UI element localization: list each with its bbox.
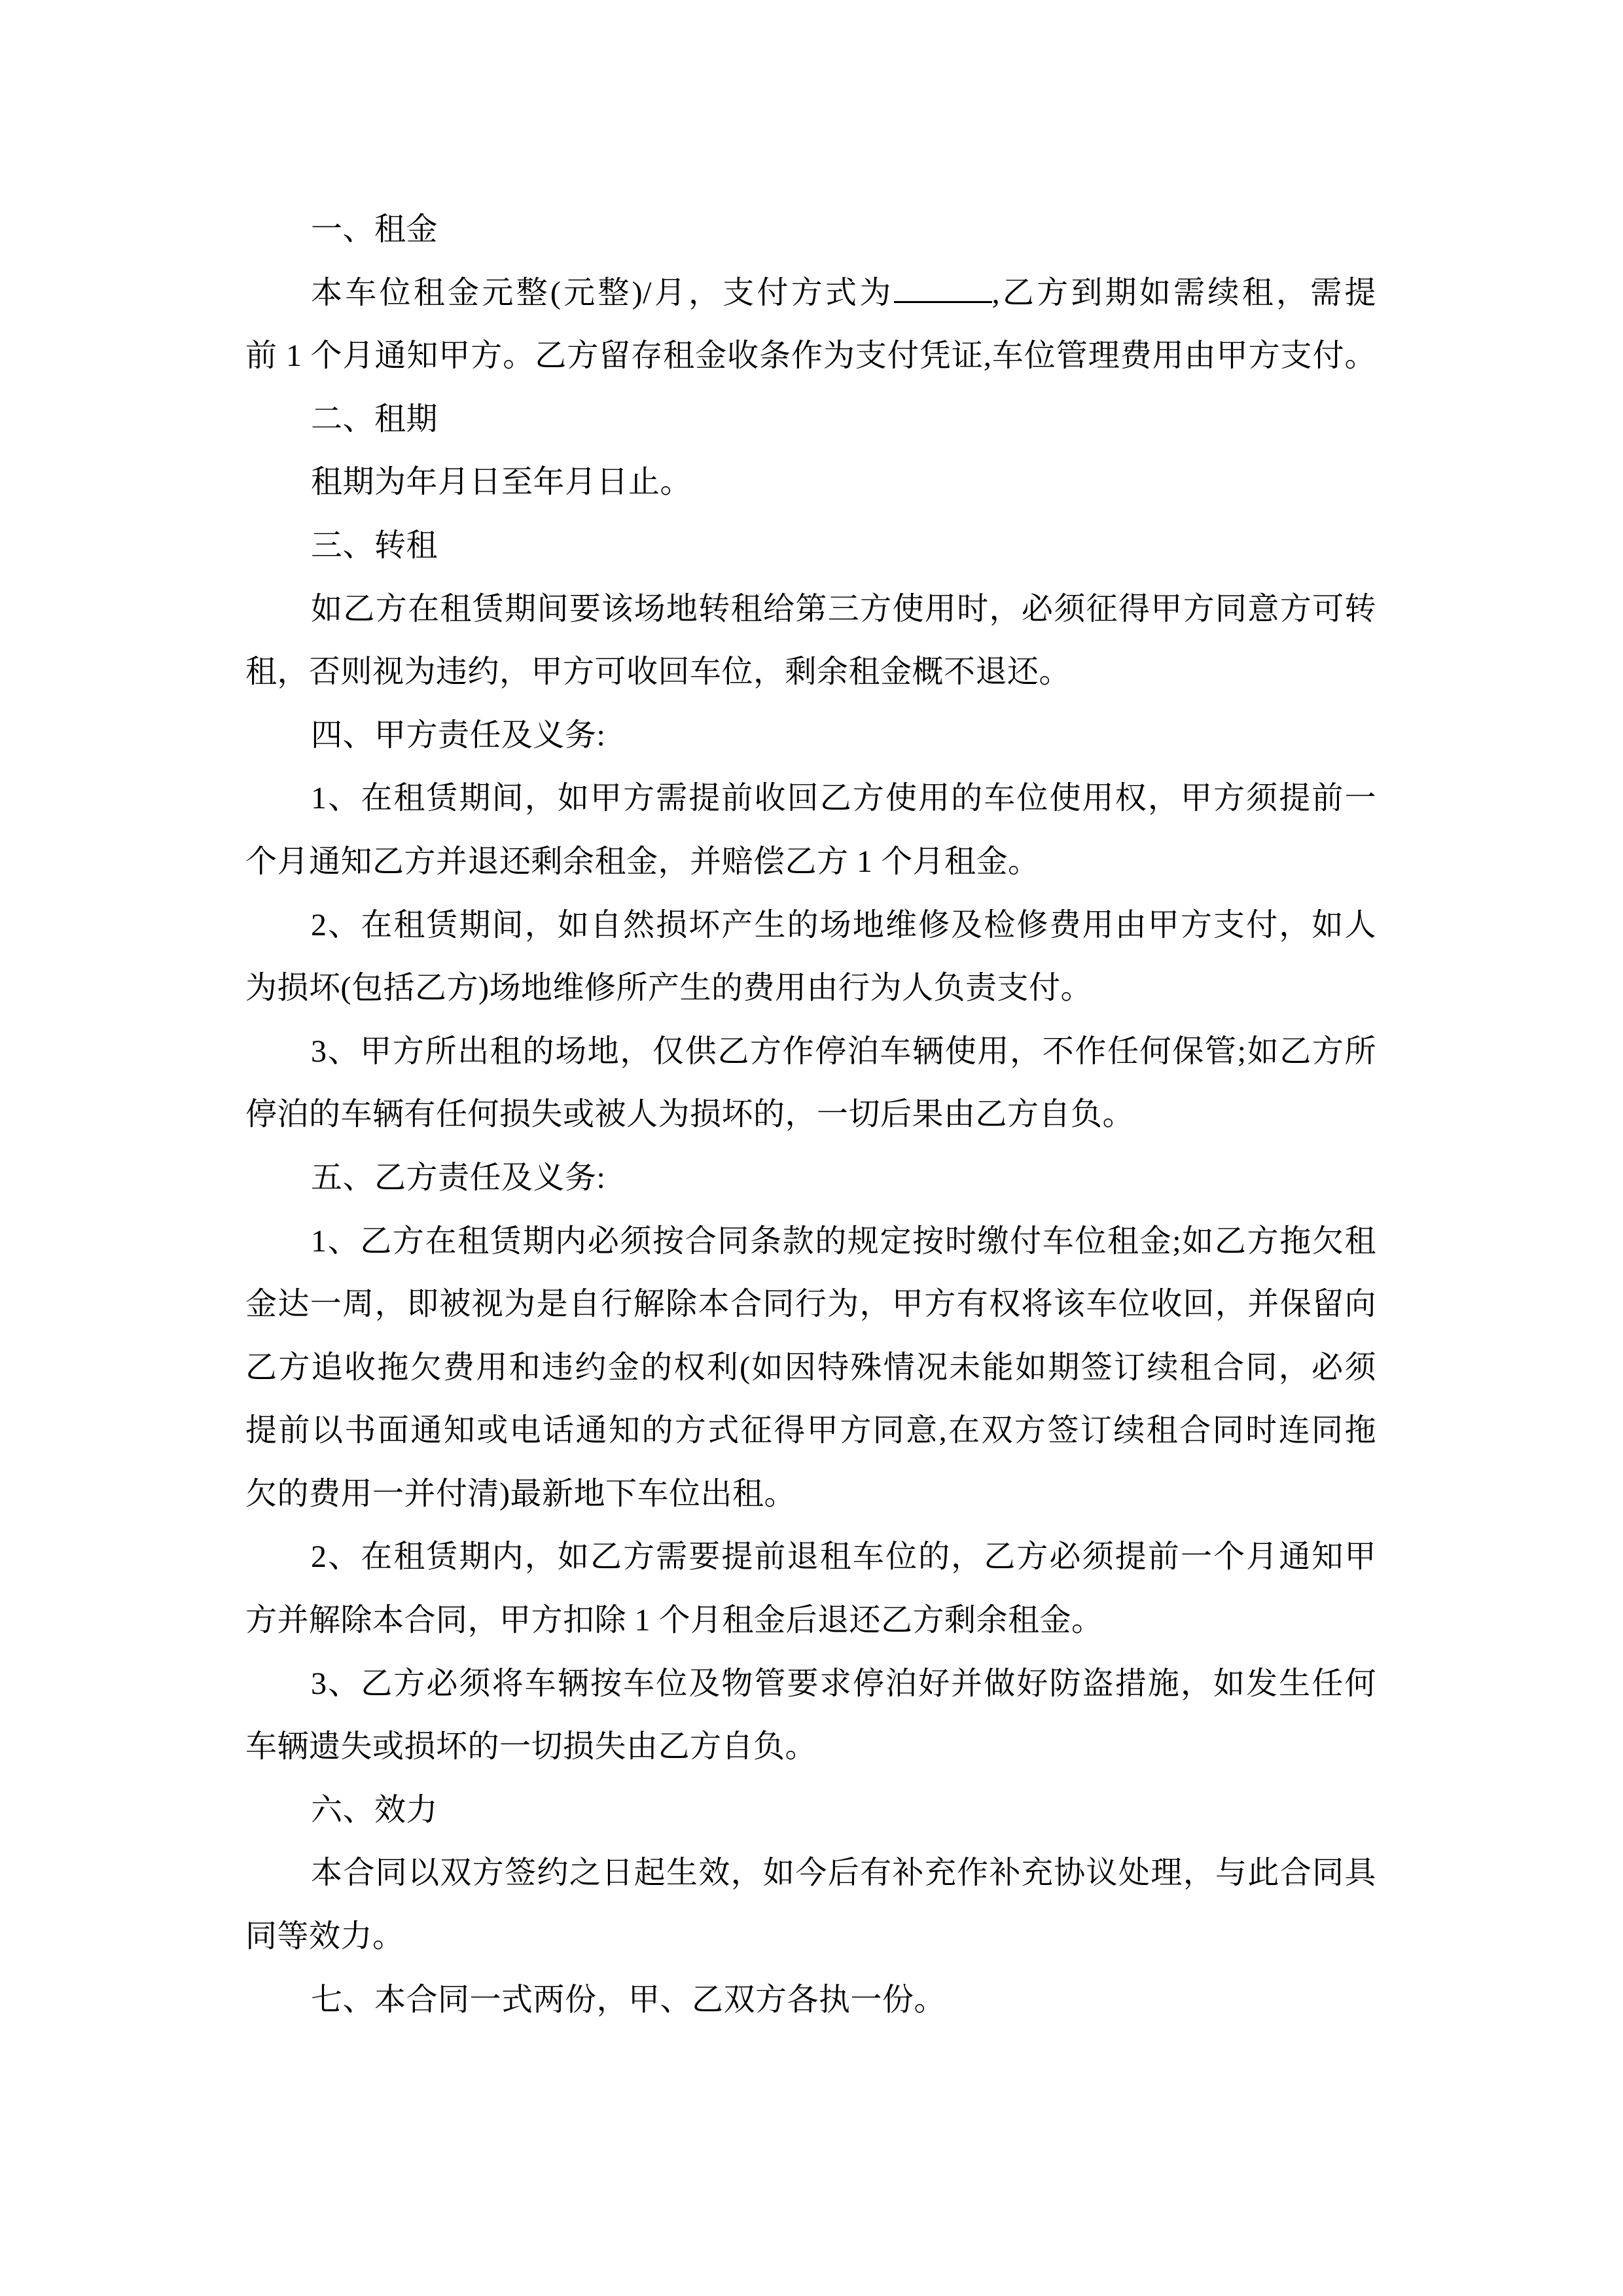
- contract-line: 为损坏(包括乙方)场地维修所产生的费用由行为人负责支付。: [245, 957, 1376, 1020]
- contract-line: 同等效力。: [245, 1905, 1376, 1969]
- contract-line: 车辆遗失或损坏的一切损失由乙方自负。: [245, 1715, 1376, 1779]
- contract-line: 如乙方在租赁期间要该场地转租给第三方使用时，必须征得甲方同意方可转: [245, 578, 1376, 641]
- section-heading-party-b-duties: 五、乙方责任及义务:: [245, 1147, 1376, 1210]
- section-heading-party-a-duties: 四、甲方责任及义务:: [245, 704, 1376, 768]
- contract-line: 租，否则视为违约，甲方可收回车位，剩余租金概不退还。: [245, 641, 1376, 704]
- contract-line: 欠的费用一并付清)最新地下车位出租。: [245, 1463, 1376, 1526]
- section-heading-rent: 一、租金: [245, 198, 1376, 262]
- contract-line: 3、乙方必须将车辆按车位及物管要求停泊好并做好防盗措施，如发生任何: [245, 1653, 1376, 1716]
- contract-line: 2、在租赁期间，如自然损坏产生的场地维修及检修费用由甲方支付，如人: [245, 894, 1376, 958]
- contract-line: 个月通知乙方并退还剩余租金，并赔偿乙方 1 个月租金。: [245, 831, 1376, 894]
- contract-line: 方并解除本合同，甲方扣除 1 个月租金后退还乙方剩余租金。: [245, 1589, 1376, 1653]
- document-page: { "page": { "background": "#ffffff", "te…: [0, 0, 1623, 2296]
- contract-line: 1、乙方在租赁期内必须按合同条款的规定按时缴付车位租金;如乙方拖欠租: [245, 1210, 1376, 1274]
- section-heading-effect: 六、效力: [245, 1779, 1376, 1842]
- section-heading-term: 二、租期: [245, 388, 1376, 452]
- contract-line: 1、在租赁期间，如甲方需提前收回乙方使用的车位使用权，甲方须提前一: [245, 767, 1376, 831]
- payment-method-blank: [894, 270, 992, 303]
- contract-line-text: 本车位租金元整(元整)/月，支付方式为: [311, 276, 894, 310]
- contract-line: 本合同以双方签约之日起生效，如今后有补充作补充协议处理，与此合同具: [245, 1842, 1376, 1905]
- section-heading-sublease: 三、转租: [245, 514, 1376, 578]
- contract-line: 租期为年月日至年月日止。: [245, 451, 1376, 514]
- contract-line: 停泊的车辆有任何损失或被人为损坏的，一切后果由乙方自负。: [245, 1083, 1376, 1147]
- contract-line: 七、本合同一式两份，甲、乙双方各执一份。: [245, 1969, 1376, 2032]
- contract-line: 前 1 个月通知甲方。乙方留存租金收条作为支付凭证,车位管理费用由甲方支付。: [245, 325, 1376, 388]
- contract-line: 乙方追收拖欠费用和违约金的权利(如因特殊情况未能如期签订续租合同，必须: [245, 1336, 1376, 1400]
- contract-line: 提前以书面通知或电话通知的方式征得甲方同意,在双方签订续租合同时连同拖: [245, 1399, 1376, 1463]
- contract-line: 2、在租赁期内，如乙方需要提前退租车位的，乙方必须提前一个月通知甲: [245, 1526, 1376, 1589]
- contract-line: 金达一周，即被视为是自行解除本合同行为，甲方有权将该车位收回，并保留向: [245, 1273, 1376, 1336]
- contract-line: 本车位租金元整(元整)/月，支付方式为,乙方到期如需续租，需提: [245, 262, 1376, 325]
- contract-text-block: 一、租金 本车位租金元整(元整)/月，支付方式为,乙方到期如需续租，需提 前 1…: [245, 198, 1376, 2032]
- contract-line: 3、甲方所出租的场地，仅供乙方作停泊车辆使用，不作任何保管;如乙方所: [245, 1020, 1376, 1084]
- contract-line-text: ,乙方到期如需续租，需提: [992, 276, 1376, 310]
